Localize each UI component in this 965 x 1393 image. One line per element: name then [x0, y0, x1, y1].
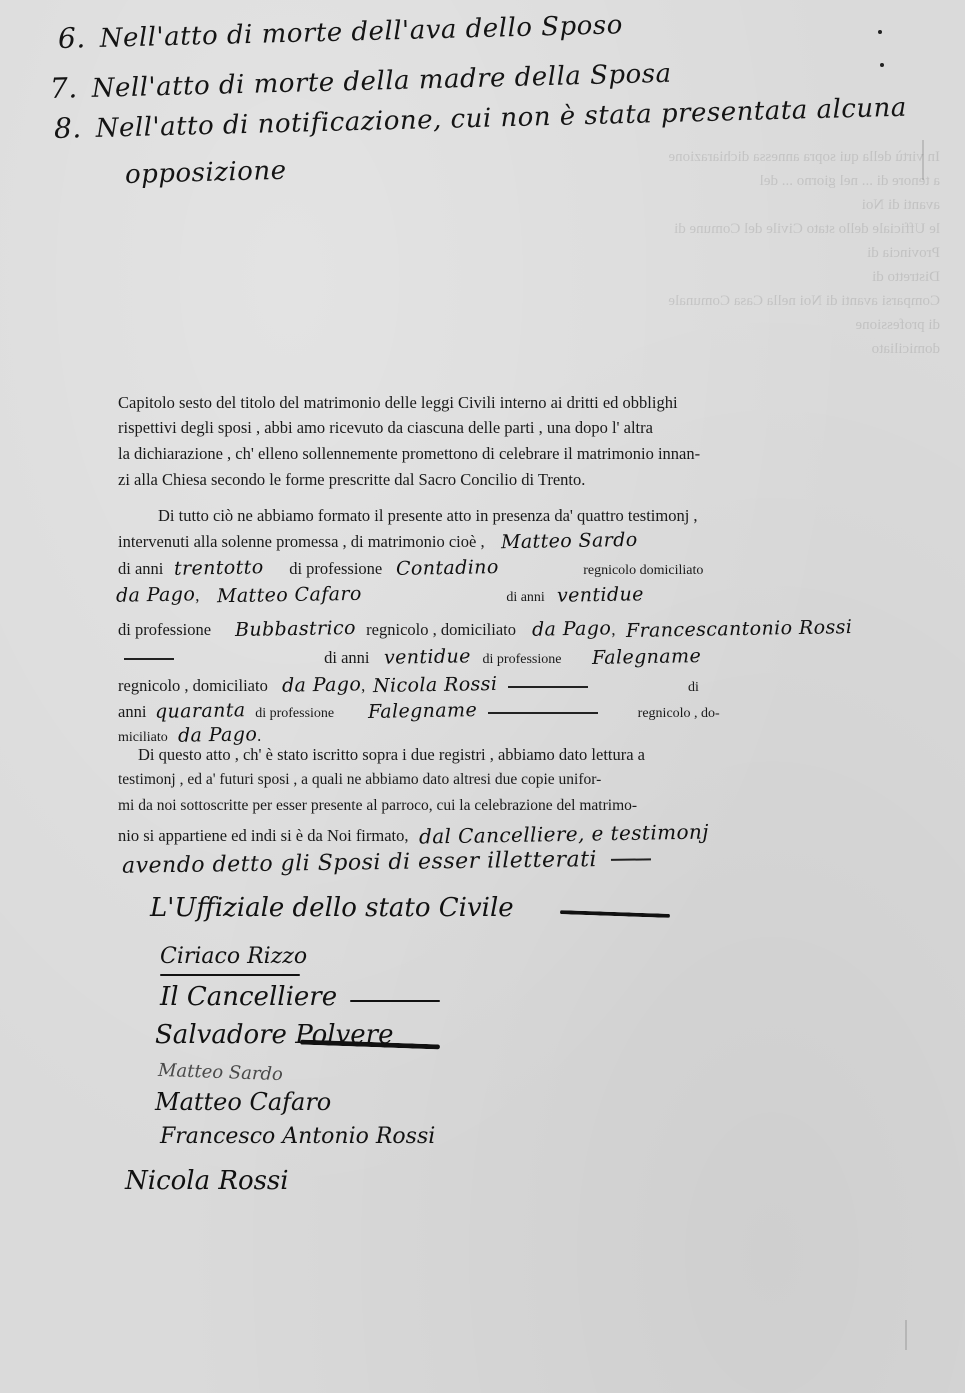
fill-dash [508, 686, 588, 688]
signature-officer: Ciriaco Rizzo [160, 944, 307, 969]
witness-4-line: regnicolo , domiciliato da Pago, Nicola … [118, 676, 699, 695]
printed-line: la dichiarazione , ch' elleno sollenneme… [118, 446, 700, 463]
bleed-line: Comparsi avanti di Noi nella Casa Comuna… [560, 289, 940, 313]
signature-officer-title: L'Uffiziale dello stato Civile [150, 893, 514, 923]
signature-underline [160, 974, 300, 976]
fill-dash [611, 858, 651, 861]
printed-text: miciliato [118, 730, 168, 745]
witness-4-name: Nicola Rossi [373, 675, 498, 696]
witness-4-age: quaranta [154, 701, 245, 722]
bleed-line: In virtù della qui sopra annessa dichiar… [560, 145, 940, 169]
bleed-rule [905, 1320, 907, 1350]
bleed-line: di professione [560, 313, 940, 337]
bleed-line: avanti di Noi [560, 193, 940, 217]
witness-1-name: Matteo Sardo [501, 531, 638, 552]
bleed-line: Provincia di [560, 241, 940, 265]
signature-witness-4: Nicola Rossi [125, 1166, 289, 1196]
note-number: 6. [58, 21, 87, 55]
bleed-line: Distretto di [560, 265, 940, 289]
printed-text: di anni [118, 559, 163, 578]
handwritten-continuation: dal Cancelliere, e testimonj [418, 821, 708, 846]
printed-text: anni [118, 702, 146, 721]
printed-line: Di questo atto , ch' è stato iscritto so… [138, 747, 645, 764]
printed-text: regnicolo , domiciliato [118, 676, 268, 695]
note-number: 7. [50, 71, 79, 105]
witness-1-profession: Contadino [396, 558, 499, 579]
witness-3-domicile: da Pago [282, 675, 362, 695]
bleed-line: a tenore di ... nel giorno ... del [560, 169, 940, 193]
bleed-line: le Ufficiale dello stato Civile del Comu… [560, 217, 940, 241]
bleed-through-text: In virtù della qui sopra annessa dichiar… [560, 145, 940, 361]
printed-line: Di tutto ciò ne abbiamo formato il prese… [158, 508, 698, 525]
witness-2-line: da Pago, Matteo Cafaro di anni ventidue [116, 586, 644, 605]
witness-2-age: ventidue [557, 585, 644, 606]
handwritten-note-6: 6.Nell'atto di morte dell'ava dello Spos… [58, 7, 624, 55]
witness-4-profession: Falegname [368, 701, 477, 722]
signature-witness-1: Matteo Sardo [158, 1060, 284, 1085]
witness-3-profession: Falegname [591, 647, 700, 668]
note-text: opposizione [125, 156, 287, 190]
witness-2-details: di professione Bubbastrico regnicolo , d… [118, 620, 852, 639]
ink-dot [880, 63, 884, 67]
ink-dot [878, 30, 882, 34]
printed-text: di [688, 680, 699, 695]
printed-line-with-fill: nio si appartiene ed indi si è da Noi fi… [118, 824, 708, 845]
printed-text: regnicolo , domiciliato [366, 620, 516, 639]
printed-line: mi da noi sottoscritte per esser present… [118, 798, 637, 814]
witness-3-details: di anni ventidue di professione Falegnam… [118, 648, 701, 667]
witness-1-details: di anni trentotto di professione Contadi… [118, 559, 703, 578]
printed-text: regnicolo , do- [638, 706, 720, 721]
printed-text: di professione [118, 620, 211, 639]
witness-3-age: ventidue [383, 647, 470, 668]
printed-text: intervenuti alla solenne promessa , di m… [118, 532, 485, 551]
signature-chancellor-title: Il Cancelliere [160, 982, 337, 1012]
handwritten-text: avendo detto gli Sposi di esser illetter… [122, 847, 597, 879]
witness-2-domicile: da Pago [532, 619, 612, 639]
fill-dash [124, 658, 174, 660]
printed-text: di anni [506, 590, 545, 605]
printed-text: di professione [255, 706, 334, 721]
fill-dash [488, 712, 598, 714]
document-page: In virtù della qui sopra annessa dichiar… [0, 0, 965, 1393]
printed-text: nio si appartiene ed indi si è da Noi fi… [118, 826, 409, 845]
witness-4-domicile-line: miciliato da Pago. [118, 726, 261, 745]
witness-2-name: Matteo Cafaro [217, 585, 362, 607]
signature-flourish [350, 1000, 440, 1002]
signature-flourish [560, 910, 670, 918]
bleed-rule [922, 140, 924, 180]
printed-text: di professione [289, 559, 382, 578]
signature-witness-3: Francesco Antonio Rossi [160, 1124, 435, 1149]
printed-text: di anni [324, 648, 369, 667]
printed-line: Capitolo sesto del titolo del matrimonio… [118, 395, 678, 412]
note-number: 8. [54, 111, 83, 145]
printed-text: regnicolo domiciliato [583, 563, 703, 578]
bleed-line: domiciliato [560, 337, 940, 361]
note-text: Nell'atto di morte dell'ava dello Sposo [99, 10, 623, 54]
witness-1-age: trentotto [173, 558, 263, 579]
printed-line: testimonj , ed a' futuri sposi , a quali… [118, 772, 601, 788]
witness-4-details: anni quaranta di professione Falegname r… [118, 702, 720, 721]
handwritten-illiterate-note: avendo detto gli Sposi di esser illetter… [122, 846, 657, 878]
printed-text: di professione [483, 652, 562, 667]
witness-1-domicile: da Pago [116, 585, 196, 605]
handwritten-note-8-continuation: opposizione [125, 156, 287, 190]
witness-2-profession: Bubbastrico [235, 619, 356, 640]
printed-line: zi alla Chiesa secondo le forme prescrit… [118, 472, 585, 489]
printed-line: rispettivi degli sposi , abbi amo ricevu… [118, 420, 653, 437]
witness-1-line: intervenuti alla solenne promessa , di m… [118, 532, 637, 551]
witness-3-name: Francescantonio Rossi [625, 618, 852, 641]
signature-witness-2: Matteo Cafaro [155, 1088, 331, 1116]
witness-4-domicile: da Pago [178, 725, 258, 745]
